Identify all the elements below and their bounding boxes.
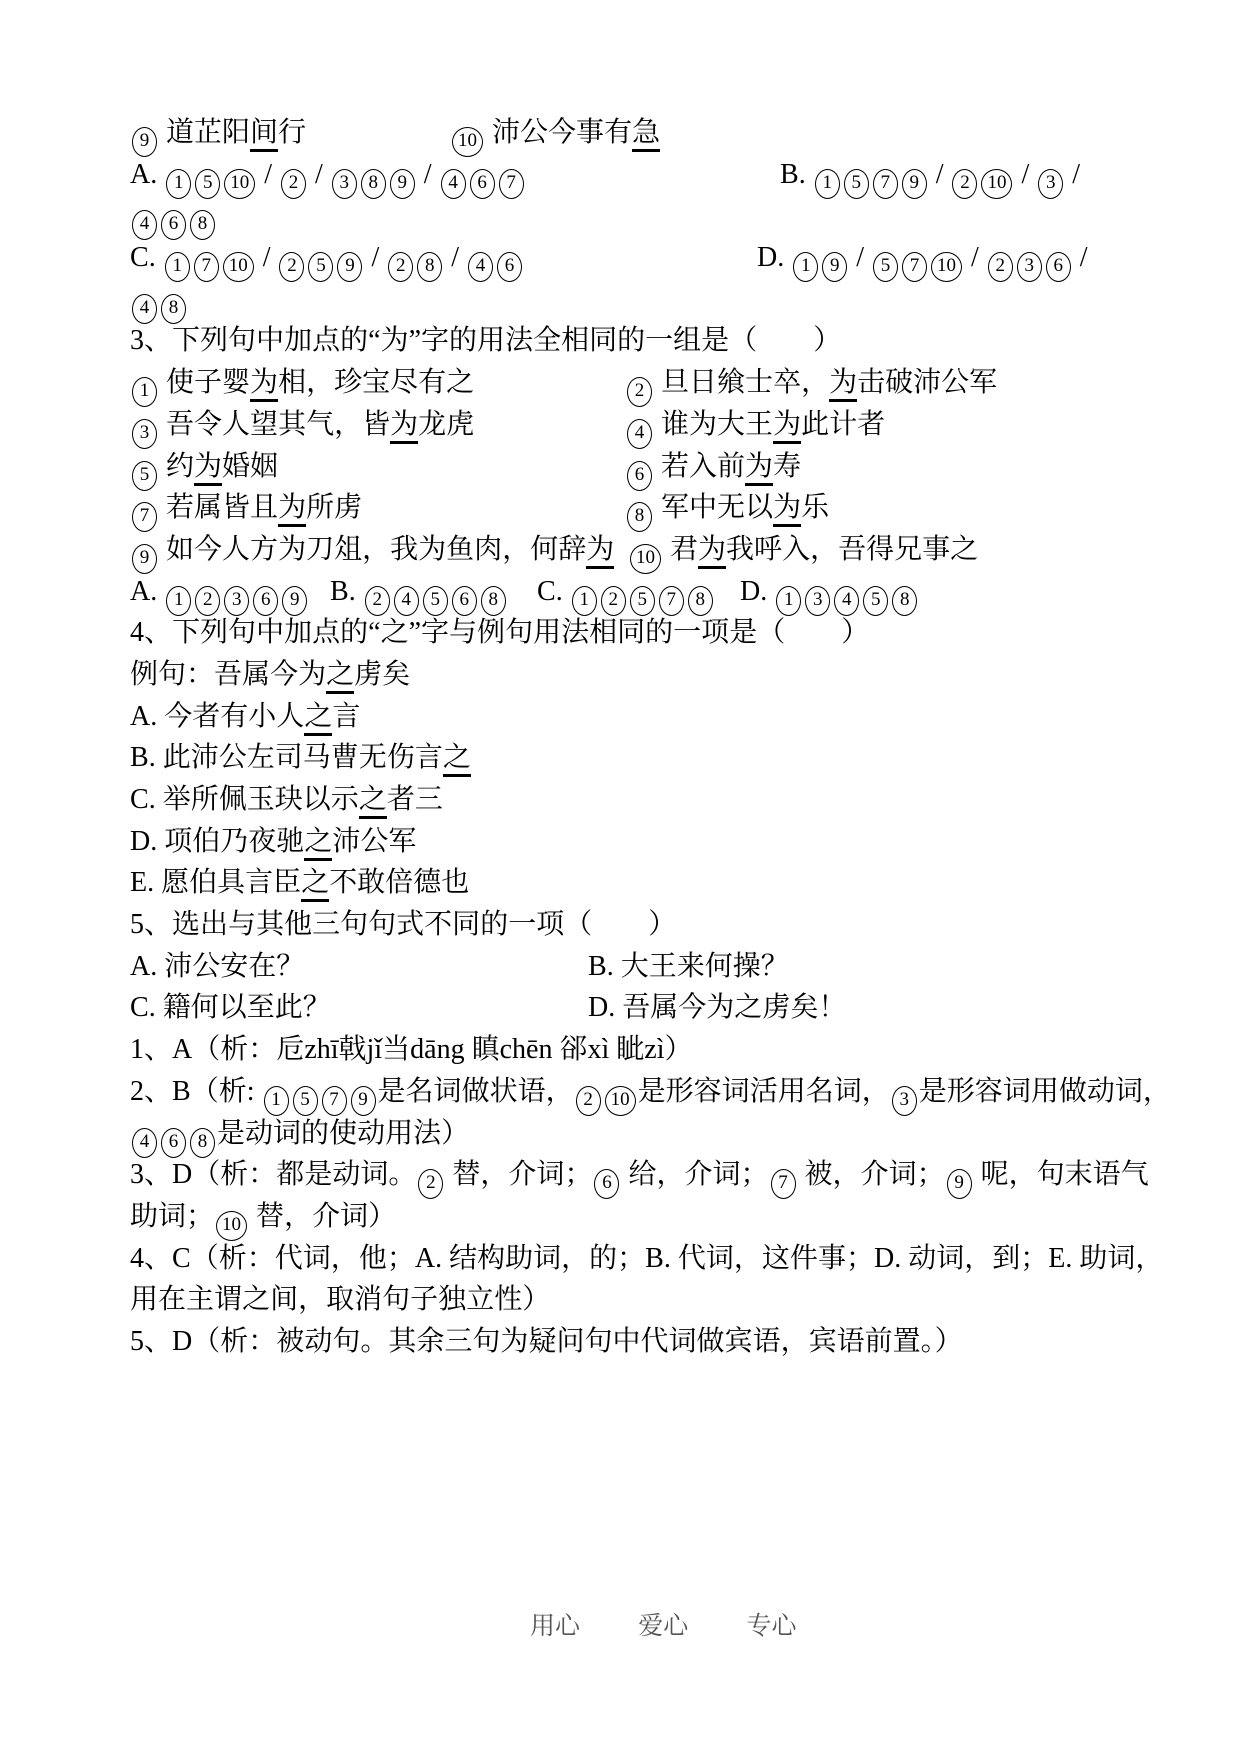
footer-word: 用心 bbox=[530, 1613, 580, 1640]
circled-number: 5 bbox=[195, 169, 220, 199]
line-column: 7 若属皆且为所虏 bbox=[130, 487, 362, 532]
line-column: 2、B（析: 1579是名词做状语，210是形容词活用名词，3是形容词用做动词， bbox=[130, 1071, 1171, 1116]
circled-number: 4 bbox=[468, 252, 493, 282]
document-line: 4、下列句中加点的“之”字与例句用法相同的一项是（ ） bbox=[0, 612, 1241, 654]
circled-number: 6 bbox=[1046, 252, 1071, 282]
circled-number: 10 bbox=[981, 169, 1012, 199]
circled-number: 6 bbox=[161, 1128, 186, 1158]
circled-number: 7 bbox=[902, 252, 927, 282]
circled-number: 1 bbox=[165, 252, 190, 282]
circled-number: 5 bbox=[630, 586, 655, 616]
document-line: 例句：吾属今为之虏矣 bbox=[0, 654, 1241, 696]
circled-number: 8 bbox=[627, 502, 652, 532]
circled-number: 8 bbox=[481, 586, 506, 616]
text-run: 此计者 bbox=[801, 409, 885, 440]
document-line: 4、C（析：代词，他；A. 结构助词，的；B. 代词，这件事；D. 动词，到；E… bbox=[0, 1238, 1241, 1280]
circled-number: 9 bbox=[351, 1086, 376, 1116]
text-run: 4、下列句中加点的“之”字与例句用法相同的一项是（ ） bbox=[130, 617, 869, 648]
circled-number: 1 bbox=[572, 586, 597, 616]
circled-number: 1 bbox=[776, 586, 801, 616]
document-line: 9 如今人方为刀俎，我为鱼肉，何辞为10 君为我呼入，吾得兄事之 bbox=[0, 529, 1241, 571]
line-column: D. 19 / 5710 / 236 / bbox=[757, 237, 1088, 282]
line-column: D. 项伯乃夜驰之沛公军 bbox=[130, 821, 416, 863]
line-column: D. 吾属今为之虏矣！ bbox=[588, 987, 846, 1029]
underlined-char: 为 bbox=[773, 409, 801, 444]
circled-number: 2 bbox=[952, 169, 977, 199]
circled-number: 1 bbox=[264, 1086, 289, 1116]
circled-number: 4 bbox=[394, 586, 419, 616]
document-line: 5 约为婚姻6 若入前为寿 bbox=[0, 446, 1241, 488]
document-line: A. 12369B. 24568C. 12578D. 13458 bbox=[0, 571, 1241, 613]
document-line: 468是动词的使动用法） bbox=[0, 1113, 1241, 1155]
circled-number: 7 bbox=[771, 1169, 796, 1199]
circled-number: 6 bbox=[594, 1169, 619, 1199]
line-column: 4、下列句中加点的“之”字与例句用法相同的一项是（ ） bbox=[130, 612, 869, 654]
circled-number: 9 bbox=[390, 169, 415, 199]
document-line: 1 使子婴为相，珍宝尽有之2 旦日飨士卒，为击破沛公军 bbox=[0, 362, 1241, 404]
line-column: 5、D（析：被动句。其余三句为疑问句中代词做宾语，宾语前置。） bbox=[130, 1321, 963, 1363]
circled-number: 3 bbox=[332, 169, 357, 199]
text-run: 者三 bbox=[387, 784, 443, 815]
underlined-char: 为 bbox=[250, 367, 278, 402]
underlined-char: 间 bbox=[250, 117, 278, 152]
circled-number: 4 bbox=[834, 586, 859, 616]
text-run: C. 12578 bbox=[537, 576, 715, 607]
underlined-char: 为 bbox=[745, 451, 773, 486]
circled-number: 7 bbox=[194, 252, 219, 282]
text-run: 2、B（析: 1579是名词做状语，210是形容词活用名词，3是形容词用做动词， bbox=[130, 1076, 1171, 1107]
text-run: 龙虎 bbox=[418, 409, 474, 440]
line-column: 5 约为婚姻 bbox=[130, 446, 278, 491]
line-column: B. 24568 bbox=[330, 571, 508, 616]
circled-number: 8 bbox=[688, 586, 713, 616]
line-column: C. 举所佩玉玦以示之者三 bbox=[130, 779, 443, 821]
line-column: B. 大王来何操？ bbox=[588, 946, 789, 988]
line-column: B. 1579 / 210 / 3 / bbox=[780, 154, 1080, 199]
document-line: A. 沛公安在？B. 大王来何操？ bbox=[0, 946, 1241, 988]
line-column: A. 今者有小人之言 bbox=[130, 696, 360, 738]
circled-number: 2 bbox=[627, 377, 652, 407]
line-column: 例句：吾属今为之虏矣 bbox=[130, 654, 410, 696]
circled-number: 4 bbox=[132, 294, 157, 324]
circled-number: 1 bbox=[166, 586, 191, 616]
circled-number: 2 bbox=[281, 169, 306, 199]
text-run: D. 项伯乃夜驰 bbox=[130, 826, 304, 857]
text-run: C. 1710 / 259 / 28 / 46 bbox=[130, 242, 524, 273]
circled-number: 7 bbox=[499, 169, 524, 199]
circled-number: 6 bbox=[470, 169, 495, 199]
circled-number: 9 bbox=[902, 169, 927, 199]
circled-number: 4 bbox=[627, 419, 652, 449]
text-run: B. 此沛公左司马曹无伤言 bbox=[130, 742, 443, 773]
text-run: 48 bbox=[130, 284, 188, 315]
circled-number: 10 bbox=[216, 1211, 247, 1241]
text-run: 虏矣 bbox=[354, 659, 410, 690]
line-column: A. 12369 bbox=[130, 571, 309, 616]
text-run: 乐 bbox=[801, 492, 829, 523]
line-column: C. 12578 bbox=[537, 571, 715, 616]
document-line: C. 籍何以至此？D. 吾属今为之虏矣！ bbox=[0, 987, 1241, 1029]
document-line: 3 吾令人望其气，皆为龙虎4 谁为大王为此计者 bbox=[0, 404, 1241, 446]
text-run: 7 若属皆且 bbox=[130, 492, 278, 523]
line-column: 3、D（析：都是动词。2 替，介词；6 给，介词；7 被，介词；9 呢，句末语气 bbox=[130, 1154, 1149, 1199]
text-run: 8 军中无以 bbox=[625, 492, 773, 523]
text-run: 助词；10 替，介词） bbox=[130, 1201, 396, 1232]
underlined-char: 之 bbox=[359, 784, 387, 819]
text-run: D. 吾属今为之虏矣！ bbox=[588, 992, 846, 1023]
text-run: 468 bbox=[130, 200, 217, 231]
text-run: 468是动词的使动用法） bbox=[130, 1118, 469, 1149]
text-run: B. 大王来何操？ bbox=[588, 951, 789, 982]
document-line: C. 1710 / 259 / 28 / 46D. 19 / 5710 / 23… bbox=[0, 237, 1241, 279]
text-run: A. 12369 bbox=[130, 576, 309, 607]
circled-number: 8 bbox=[190, 1128, 215, 1158]
document-line: 1、A（析：卮zhī戟jǐ当dāng 瞋chēn 郤xì 眦zì） bbox=[0, 1029, 1241, 1071]
circled-number: 3 bbox=[892, 1086, 917, 1116]
footer-word: 爱心 bbox=[638, 1613, 688, 1640]
text-run: 2 旦日飨士卒， bbox=[625, 367, 829, 398]
circled-number: 9 bbox=[282, 586, 307, 616]
line-column: 3 吾令人望其气，皆为龙虎 bbox=[130, 404, 474, 449]
circled-number: 8 bbox=[892, 586, 917, 616]
underlined-char: 之 bbox=[304, 701, 332, 736]
circled-number: 6 bbox=[627, 461, 652, 491]
document-body: 9 道芷阳间行10 沛公今事有急A. 1510 / 2 / 389 / 467B… bbox=[0, 112, 1241, 1363]
line-column: A. 1510 / 2 / 389 / 467 bbox=[130, 154, 526, 199]
text-run: 3 吾令人望其气，皆 bbox=[130, 409, 390, 440]
circled-number: 9 bbox=[947, 1169, 972, 1199]
text-run: C. 举所佩玉玦以示 bbox=[130, 784, 359, 815]
document-line: 3、下列句中加点的“为”字的用法全相同的一组是（ ） bbox=[0, 320, 1241, 362]
text-run: 5、选出与其他三句句式不同的一项（ ） bbox=[130, 909, 676, 940]
text-run: B. 24568 bbox=[330, 576, 508, 607]
circled-number: 8 bbox=[161, 294, 186, 324]
text-run: 5 约 bbox=[130, 451, 194, 482]
circled-number: 3 bbox=[224, 586, 249, 616]
circled-number: 6 bbox=[161, 210, 186, 240]
line-column: 8 军中无以为乐 bbox=[625, 487, 829, 532]
text-run: 1 使子婴 bbox=[130, 367, 250, 398]
text-run: A. 今者有小人 bbox=[130, 701, 304, 732]
line-column: 6 若入前为寿 bbox=[625, 446, 801, 491]
circled-number: 8 bbox=[361, 169, 386, 199]
circled-number: 5 bbox=[132, 461, 157, 491]
text-run: 5、D（析：被动句。其余三句为疑问句中代词做宾语，宾语前置。） bbox=[130, 1326, 963, 1357]
line-column: C. 1710 / 259 / 28 / 46 bbox=[130, 237, 524, 282]
line-column: 用在主谓之间，取消句子独立性） bbox=[130, 1279, 550, 1321]
underlined-char: 为 bbox=[194, 451, 222, 486]
line-column: 5、选出与其他三句句式不同的一项（ ） bbox=[130, 904, 676, 946]
line-column: C. 籍何以至此？ bbox=[130, 987, 331, 1029]
circled-number: 10 bbox=[223, 252, 254, 282]
circled-number: 1 bbox=[132, 377, 157, 407]
line-column: 3、下列句中加点的“为”字的用法全相同的一组是（ ） bbox=[130, 320, 841, 362]
line-column: E. 愿伯具言臣之不敢倍德也 bbox=[130, 862, 469, 904]
circled-number: 9 bbox=[822, 252, 847, 282]
circled-number: 9 bbox=[132, 544, 157, 574]
line-column: 468 bbox=[130, 195, 217, 240]
text-run: 寿 bbox=[773, 451, 801, 482]
circled-number: 3 bbox=[1017, 252, 1042, 282]
circled-number: 6 bbox=[253, 586, 278, 616]
text-run: E. 愿伯具言臣 bbox=[130, 867, 301, 898]
document-line: 9 道芷阳间行10 沛公今事有急 bbox=[0, 112, 1241, 154]
circled-number: 2 bbox=[195, 586, 220, 616]
circled-number: 2 bbox=[601, 586, 626, 616]
page-footer: 用心 爱心 专心 bbox=[530, 1612, 797, 1642]
line-column: 48 bbox=[130, 279, 188, 324]
text-run: 不敢倍德也 bbox=[329, 867, 469, 898]
line-column: B. 此沛公左司马曹无伤言之 bbox=[130, 737, 471, 779]
circled-number: 10 bbox=[452, 127, 483, 157]
document-line: 3、D（析：都是动词。2 替，介词；6 给，介词；7 被，介词；9 呢，句末语气 bbox=[0, 1154, 1241, 1196]
circled-number: 2 bbox=[576, 1086, 601, 1116]
circled-number: 5 bbox=[863, 586, 888, 616]
underlined-char: 为 bbox=[698, 534, 726, 569]
circled-number: 2 bbox=[418, 1169, 443, 1199]
circled-number: 6 bbox=[497, 252, 522, 282]
text-run: A. 沛公安在？ bbox=[130, 951, 304, 982]
document-line: A. 1510 / 2 / 389 / 467B. 1579 / 210 / 3… bbox=[0, 154, 1241, 196]
circled-number: 7 bbox=[659, 586, 684, 616]
circled-number: 5 bbox=[308, 252, 333, 282]
line-column: 10 沛公今事有急 bbox=[450, 112, 660, 157]
circled-number: 4 bbox=[132, 1128, 157, 1158]
line-column: 9 道芷阳间行 bbox=[130, 112, 306, 157]
text-run: 4、C（析：代词，他；A. 结构助词，的；B. 代词，这件事；D. 动词，到；E… bbox=[130, 1243, 1163, 1274]
document-line: 7 若属皆且为所虏8 军中无以为乐 bbox=[0, 487, 1241, 529]
document-line: 468 bbox=[0, 195, 1241, 237]
circled-number: 3 bbox=[1038, 169, 1063, 199]
document-line: A. 今者有小人之言 bbox=[0, 696, 1241, 738]
document-line: D. 项伯乃夜驰之沛公军 bbox=[0, 821, 1241, 863]
document-line: B. 此沛公左司马曹无伤言之 bbox=[0, 737, 1241, 779]
text-run: 言 bbox=[332, 701, 360, 732]
text-run: 我呼入，吾得兄事之 bbox=[726, 534, 978, 565]
underlined-char: 之 bbox=[304, 826, 332, 861]
text-run: B. 1579 / 210 / 3 / bbox=[780, 159, 1080, 190]
text-run: 4 谁为大王 bbox=[625, 409, 773, 440]
text-run: 9 如今人方为刀俎，我为鱼肉，何辞 bbox=[130, 534, 586, 565]
circled-number: 1 bbox=[815, 169, 840, 199]
text-run: 行 bbox=[278, 117, 306, 148]
underlined-char: 为 bbox=[829, 367, 857, 402]
circled-number: 7 bbox=[873, 169, 898, 199]
line-column: 4、C（析：代词，他；A. 结构助词，的；B. 代词，这件事；D. 动词，到；E… bbox=[130, 1238, 1163, 1280]
circled-number: 2 bbox=[279, 252, 304, 282]
document-line: E. 愿伯具言臣之不敢倍德也 bbox=[0, 862, 1241, 904]
underlined-char: 之 bbox=[443, 742, 471, 777]
circled-number: 5 bbox=[844, 169, 869, 199]
text-run: 1、A（析：卮zhī戟jǐ当dāng 瞋chēn 郤xì 眦zì） bbox=[130, 1034, 693, 1065]
circled-number: 9 bbox=[132, 127, 157, 157]
circled-number: 3 bbox=[132, 419, 157, 449]
circled-number: 6 bbox=[452, 586, 477, 616]
text-run: D. 19 / 5710 / 236 / bbox=[757, 242, 1088, 273]
text-run: 婚姻 bbox=[222, 451, 278, 482]
circled-number: 3 bbox=[805, 586, 830, 616]
document-line: 5、选出与其他三句句式不同的一项（ ） bbox=[0, 904, 1241, 946]
text-run: 用在主谓之间，取消句子独立性） bbox=[130, 1284, 550, 1315]
text-run: 所虏 bbox=[306, 492, 362, 523]
underlined-char: 为 bbox=[390, 409, 418, 444]
text-run: 9 道芷阳 bbox=[130, 117, 250, 148]
underlined-char: 为 bbox=[586, 534, 614, 569]
text-run: 3、D（析：都是动词。2 替，介词；6 给，介词；7 被，介词；9 呢，句末语气 bbox=[130, 1159, 1149, 1190]
circled-number: 5 bbox=[873, 252, 898, 282]
circled-number: 10 bbox=[630, 544, 661, 574]
line-column: 9 如今人方为刀俎，我为鱼肉，何辞为 bbox=[130, 529, 614, 574]
line-column: 1、A（析：卮zhī戟jǐ当dāng 瞋chēn 郤xì 眦zì） bbox=[130, 1029, 693, 1071]
line-column: D. 13458 bbox=[740, 571, 919, 616]
line-column: 4 谁为大王为此计者 bbox=[625, 404, 885, 449]
text-run: 击破沛公军 bbox=[857, 367, 997, 398]
text-run: 相，珍宝尽有之 bbox=[278, 367, 474, 398]
circled-number: 4 bbox=[132, 210, 157, 240]
line-column: 468是动词的使动用法） bbox=[130, 1113, 469, 1158]
circled-number: 10 bbox=[605, 1086, 636, 1116]
line-column: 助词；10 替，介词） bbox=[130, 1196, 396, 1241]
text-run: 10 君 bbox=[628, 534, 698, 565]
document-line: 2、B（析: 1579是名词做状语，210是形容词活用名词，3是形容词用做动词， bbox=[0, 1071, 1241, 1113]
line-column: 2 旦日飨士卒，为击破沛公军 bbox=[625, 362, 997, 407]
worksheet-page: 9 道芷阳间行10 沛公今事有急A. 1510 / 2 / 389 / 467B… bbox=[0, 0, 1241, 1754]
underlined-char: 之 bbox=[301, 867, 329, 902]
text-run: 3、下列句中加点的“为”字的用法全相同的一组是（ ） bbox=[130, 325, 841, 356]
line-column: A. 沛公安在？ bbox=[130, 946, 304, 988]
text-run: 10 沛公今事有 bbox=[450, 117, 632, 148]
text-run: C. 籍何以至此？ bbox=[130, 992, 331, 1023]
circled-number: 2 bbox=[388, 252, 413, 282]
underlined-char: 为 bbox=[773, 492, 801, 527]
circled-number: 5 bbox=[423, 586, 448, 616]
footer-word: 专心 bbox=[747, 1613, 797, 1640]
text-run: 6 若入前 bbox=[625, 451, 745, 482]
document-line: 助词；10 替，介词） bbox=[0, 1196, 1241, 1238]
circled-number: 5 bbox=[293, 1086, 318, 1116]
circled-number: 4 bbox=[441, 169, 466, 199]
underlined-char: 急 bbox=[632, 117, 660, 152]
circled-number: 7 bbox=[132, 502, 157, 532]
circled-number: 9 bbox=[337, 252, 362, 282]
underlined-char: 为 bbox=[278, 492, 306, 527]
circled-number: 10 bbox=[224, 169, 255, 199]
circled-number: 2 bbox=[365, 586, 390, 616]
circled-number: 10 bbox=[931, 252, 962, 282]
document-line: 用在主谓之间，取消句子独立性） bbox=[0, 1279, 1241, 1321]
circled-number: 8 bbox=[190, 210, 215, 240]
circled-number: 8 bbox=[417, 252, 442, 282]
line-column: 1 使子婴为相，珍宝尽有之 bbox=[130, 362, 474, 407]
circled-number: 1 bbox=[166, 169, 191, 199]
line-column: 10 君为我呼入，吾得兄事之 bbox=[628, 529, 978, 574]
text-run: A. 1510 / 2 / 389 / 467 bbox=[130, 159, 526, 190]
text-run: 例句：吾属今为 bbox=[130, 659, 326, 690]
circled-number: 7 bbox=[322, 1086, 347, 1116]
underlined-char: 之 bbox=[326, 659, 354, 694]
document-line: 5、D（析：被动句。其余三句为疑问句中代词做宾语，宾语前置。） bbox=[0, 1321, 1241, 1363]
text-run: D. 13458 bbox=[740, 576, 919, 607]
document-line: C. 举所佩玉玦以示之者三 bbox=[0, 779, 1241, 821]
circled-number: 2 bbox=[988, 252, 1013, 282]
circled-number: 1 bbox=[793, 252, 818, 282]
text-run: 沛公军 bbox=[332, 826, 416, 857]
document-line: 48 bbox=[0, 279, 1241, 321]
